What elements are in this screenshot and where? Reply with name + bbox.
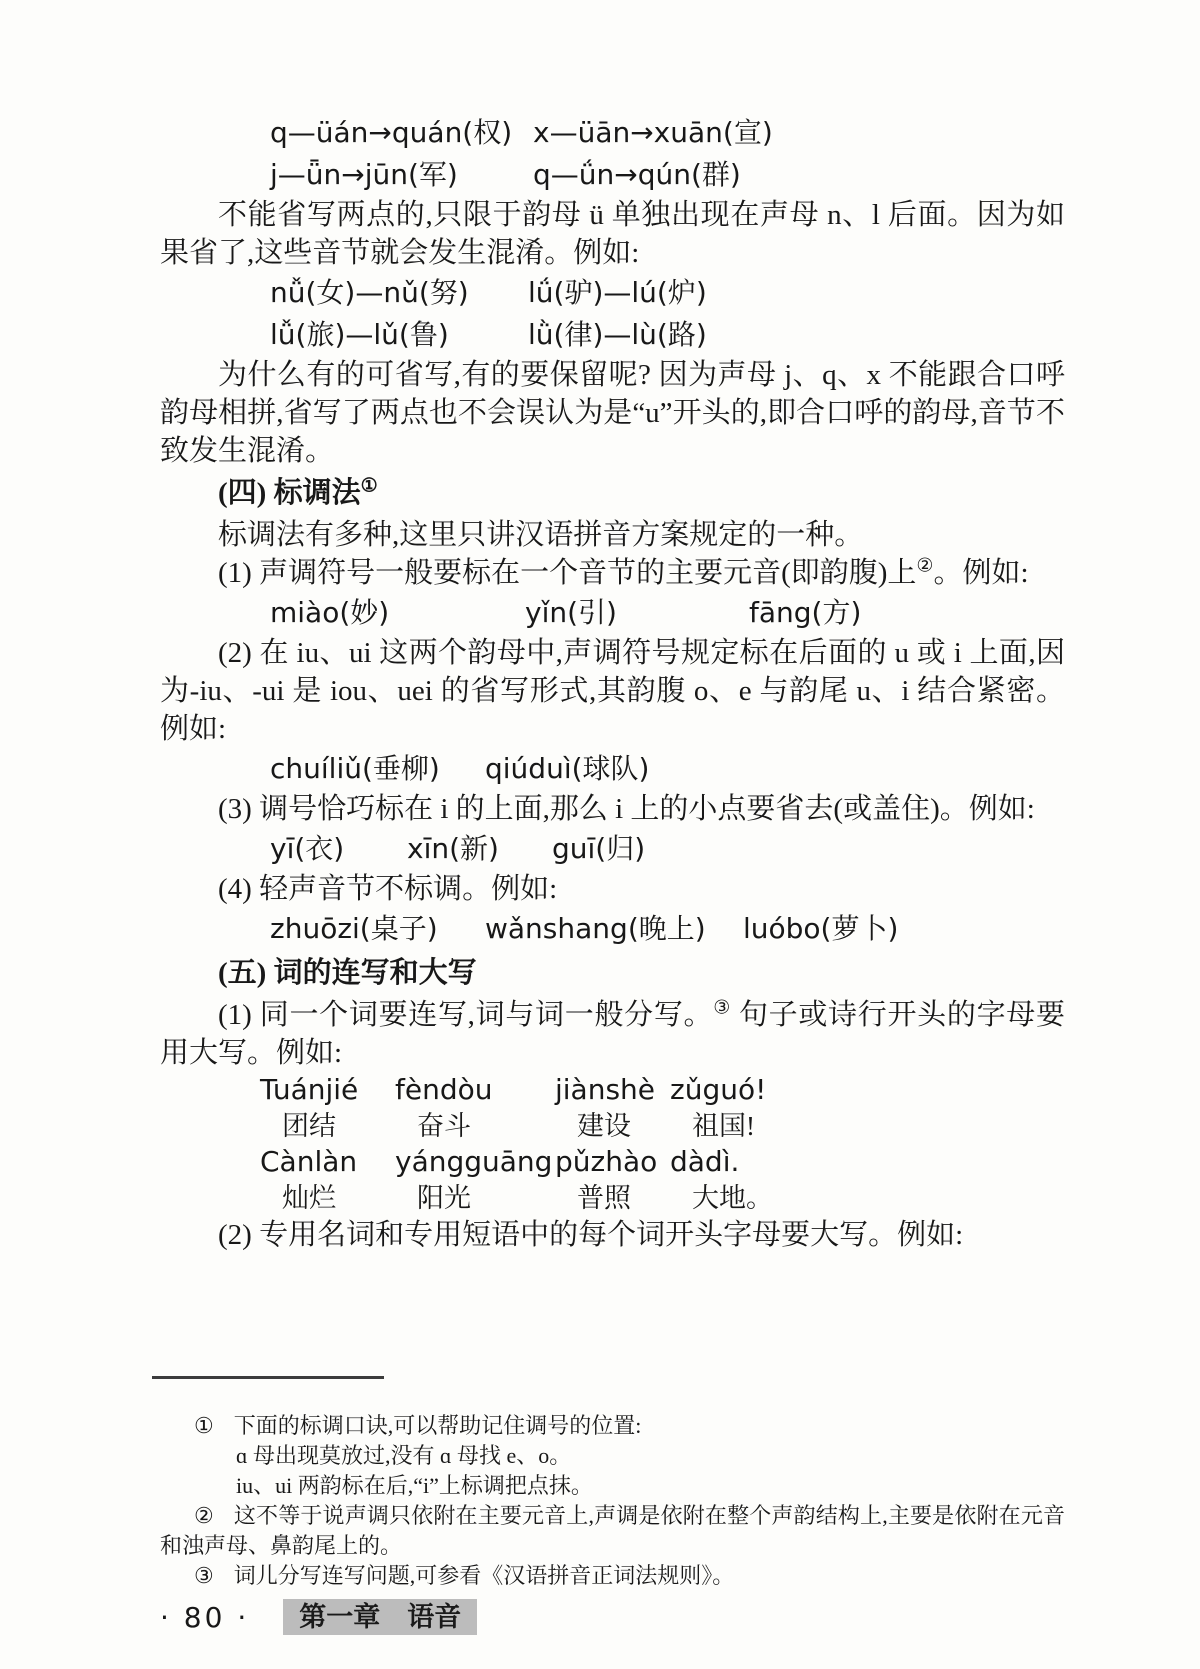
- numbered-item: (1) 声调符号一般要标在一个音节的主要元音(即韵腹)上②。例如:: [160, 554, 1065, 592]
- pinyin-example: guī(归): [552, 828, 645, 870]
- chapter-badge: 第一章 语音: [283, 1599, 477, 1635]
- section-heading: (五) 词的连写和大写: [160, 954, 1065, 992]
- pinyin-example: lǚ(旅)—lǔ(鲁): [270, 314, 528, 356]
- footnote-divider: [152, 1376, 384, 1379]
- footnote-number: ①: [194, 1413, 214, 1438]
- pinyin-example: q—üán→quán(权): [270, 112, 533, 154]
- body-paragraph: 标调法有多种,这里只讲汉语拼音方案规定的一种。: [160, 516, 1065, 554]
- hanzi-row: 团结奋斗建设祖国!: [260, 1108, 1065, 1144]
- pinyin-example: chuíliǔ(垂柳): [270, 748, 485, 790]
- numbered-item-text: (1) 同一个词要连写,词与词一般分写。: [218, 999, 713, 1031]
- footnote-text: 这不等于说声调只依附在主要元音上,声调是依附在整个声韵结构上,主要是依附在元音和…: [160, 1503, 1065, 1558]
- pinyin-example-line: miào(妙)yǐn(引)fāng(方): [160, 592, 1065, 634]
- pinyin-example-line: chuíliǔ(垂柳)qiúduì(球队): [160, 748, 1065, 790]
- hanzi-word: 团结: [260, 1108, 395, 1144]
- pinyin-example-line: lǚ(旅)—lǔ(鲁)lǜ(律)—lù(路): [160, 314, 1065, 356]
- footnote-ref-2: ②: [916, 555, 933, 576]
- footnote: ①下面的标调口诀,可以帮助记住调号的位置:: [160, 1411, 1065, 1441]
- page-number: · 80 ·: [160, 1601, 249, 1634]
- hanzi-word: 祖国!: [670, 1108, 1065, 1144]
- numbered-item-text: (1) 声调符号一般要标在一个音节的主要元音(即韵腹)上: [218, 557, 916, 589]
- pinyin-example-line: zhuōzi(桌子)wǎnshang(晚上)luóbo(萝卜): [160, 908, 1065, 950]
- section-heading-label: (四) 标调法: [218, 477, 361, 509]
- pinyin-word: yángguāng: [395, 1144, 555, 1180]
- footnotes: ①下面的标调口诀,可以帮助记住调号的位置: ɑ 母出现莫放过,没有 ɑ 母找 e…: [160, 1411, 1065, 1591]
- pinyin-example: nǚ(女)—nǔ(努): [270, 272, 528, 314]
- footnote-number: ②: [194, 1503, 214, 1528]
- pinyin-row: Tuánjiéfèndòujiànshèzǔguó!: [260, 1072, 1065, 1108]
- footnote-ref-1: ①: [361, 475, 378, 496]
- page-content: q—üán→quán(权)x—üān→xuān(宣) j—ǖn→jūn(军)q—…: [160, 112, 1065, 1635]
- body-paragraph: 不能省写两点的,只限于韵母 ü 单独出现在声母 n、l 后面。因为如果省了,这些…: [160, 196, 1065, 272]
- pinyin-example: luóbo(萝卜): [743, 908, 898, 950]
- pinyin-example: zhuōzi(桌子): [270, 908, 485, 950]
- pinyin-word: dàdì.: [670, 1144, 1065, 1180]
- numbered-item: (2) 在 iu、ui 这两个韵母中,声调符号规定标在后面的 u 或 i 上面,…: [160, 634, 1065, 748]
- footnote-text: 下面的标调口诀,可以帮助记住调号的位置:: [234, 1413, 642, 1438]
- pinyin-example: qiúduì(球队): [485, 748, 649, 790]
- pinyin-word: fèndòu: [395, 1072, 555, 1108]
- hanzi-word: 阳光: [395, 1180, 555, 1216]
- hanzi-word: 普照: [555, 1180, 670, 1216]
- word-example-table: Tuánjiéfèndòujiànshèzǔguó! 团结奋斗建设祖国! Càn…: [260, 1072, 1065, 1216]
- footnote-number: ③: [194, 1563, 214, 1588]
- hanzi-word: 灿烂: [260, 1180, 395, 1216]
- numbered-item: (4) 轻声音节不标调。例如:: [160, 870, 1065, 908]
- pinyin-example: q—ǘn→qún(群): [533, 154, 741, 196]
- numbered-item: (1) 同一个词要连写,词与词一般分写。③ 句子或诗行开头的字母要用大写。例如:: [160, 996, 1065, 1072]
- pinyin-example: xīn(新): [407, 828, 552, 870]
- hanzi-row: 灿烂阳光普照大地。: [260, 1180, 1065, 1216]
- numbered-item: (2) 专用名词和专用短语中的每个词开头字母要大写。例如:: [160, 1216, 1065, 1254]
- pinyin-word: zǔguó!: [670, 1072, 1065, 1108]
- page-footer: · 80 · 第一章 语音: [160, 1599, 1065, 1635]
- pinyin-example: miào(妙): [270, 592, 525, 634]
- pinyin-example-line: nǚ(女)—nǔ(努)lǘ(驴)—lú(炉): [160, 272, 1065, 314]
- pinyin-example: lǘ(驴)—lú(炉): [528, 272, 707, 314]
- pinyin-example-line: j—ǖn→jūn(军)q—ǘn→qún(群): [160, 154, 1065, 196]
- footnote: ③词儿分写连写问题,可参看《汉语拼音正词法规则》。: [160, 1561, 1065, 1591]
- footnote-ref-3: ③: [713, 997, 731, 1018]
- footnote-subline: ɑ 母出现莫放过,没有 ɑ 母找 e、o。: [236, 1441, 1065, 1471]
- pinyin-example: j—ǖn→jūn(军): [270, 154, 533, 196]
- pinyin-example: yǐn(引): [525, 592, 749, 634]
- pinyin-word: Cànlàn: [260, 1144, 395, 1180]
- hanzi-word: 建设: [555, 1108, 670, 1144]
- pinyin-example: yī(衣): [270, 828, 407, 870]
- pinyin-example: wǎnshang(晚上): [485, 908, 743, 950]
- pinyin-example: fāng(方): [749, 592, 861, 634]
- footnote-subline: iu、ui 两韵标在后,“i”上标调把点抹。: [236, 1471, 1065, 1501]
- numbered-item-text: 。例如:: [933, 557, 1028, 589]
- pinyin-row: Cànlànyángguāngpǔzhàodàdì.: [260, 1144, 1065, 1180]
- footnote: ②这不等于说声调只依附在主要元音上,声调是依附在整个声韵结构上,主要是依附在元音…: [160, 1501, 1065, 1561]
- footnote-text: 词儿分写连写问题,可参看《汉语拼音正词法规则》。: [234, 1563, 735, 1588]
- pinyin-example: x—üān→xuān(宣): [533, 112, 773, 154]
- hanzi-word: 大地。: [670, 1180, 1065, 1216]
- book-page: q—üán→quán(权)x—üān→xuān(宣) j—ǖn→jūn(军)q—…: [0, 0, 1200, 1669]
- pinyin-example: lǜ(律)—lù(路): [528, 314, 707, 356]
- pinyin-example-line: yī(衣)xīn(新)guī(归): [160, 828, 1065, 870]
- hanzi-word: 奋斗: [395, 1108, 555, 1144]
- pinyin-example-line: q—üán→quán(权)x—üān→xuān(宣): [160, 112, 1065, 154]
- pinyin-word: Tuánjié: [260, 1072, 395, 1108]
- pinyin-word: jiànshè: [555, 1072, 670, 1108]
- body-paragraph: 为什么有的可省写,有的要保留呢? 因为声母 j、q、x 不能跟合口呼韵母相拼,省…: [160, 356, 1065, 470]
- pinyin-word: pǔzhào: [555, 1144, 670, 1180]
- numbered-item: (3) 调号恰巧标在 i 的上面,那么 i 上的小点要省去(或盖住)。例如:: [160, 790, 1065, 828]
- section-heading: (四) 标调法①: [160, 474, 1065, 512]
